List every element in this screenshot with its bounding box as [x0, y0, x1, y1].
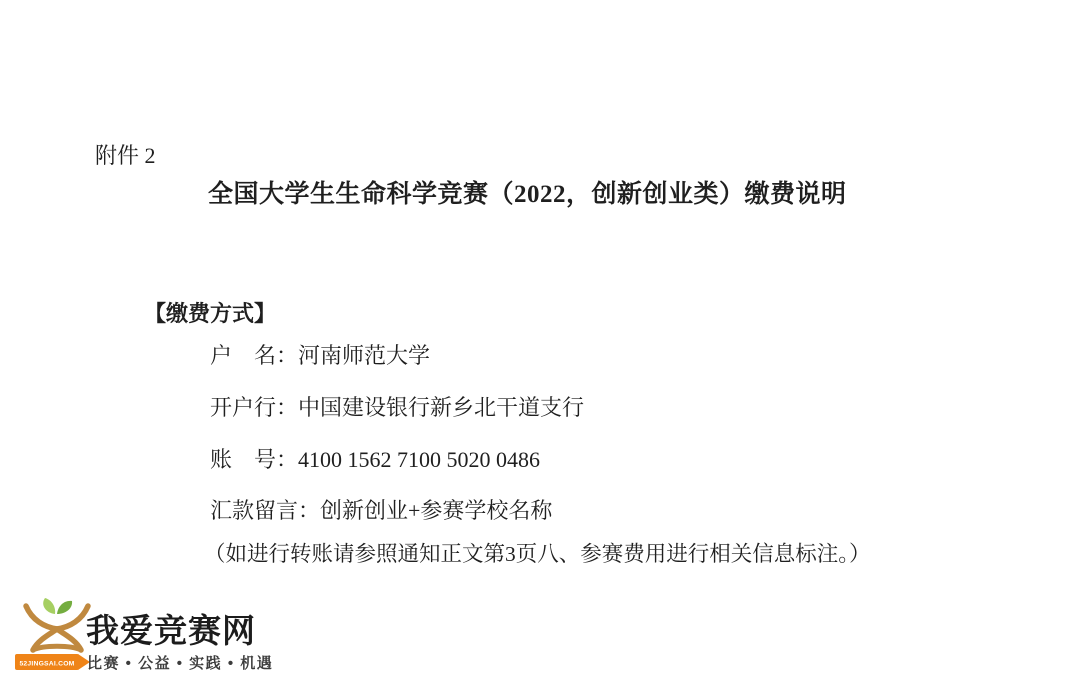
leaf-right-shape	[57, 601, 72, 614]
site-name: 我爱竞赛网	[86, 614, 256, 647]
leaf-left-shape	[43, 598, 55, 614]
account-name-value: 河南师范大学	[298, 343, 430, 368]
account-number-value: 4100 1562 7100 5020 0486	[298, 447, 540, 472]
ribbon-url-text: 52JINGSAI.COM	[19, 661, 74, 668]
attachment-label: 附件 2	[95, 143, 156, 169]
transfer-note: （如进行转账请参照通知正文第3页八、参赛费用进行相关信息标注。）	[204, 541, 871, 567]
account-number-label: 账 号：	[210, 447, 298, 472]
account-number-row: 账 号：4100 1562 7100 5020 0486	[210, 446, 540, 473]
cup-base-stroke	[33, 646, 81, 650]
site-tagline: 比赛 • 公益 • 实践 • 机遇	[87, 656, 273, 672]
document-page: 附件 2 全国大学生生命科学竞赛（2022，创新创业类）缴费说明 【缴费方式】 …	[0, 0, 1080, 684]
bank-branch-row: 开户行：中国建设银行新乡北干道支行	[210, 394, 584, 421]
account-name-row: 户 名：河南师范大学	[210, 342, 430, 369]
site-logo: 52JINGSAI.COM 我爱竞赛网 比赛 • 公益 • 实践 • 机遇	[0, 590, 300, 684]
cup-bowl-stroke	[26, 606, 88, 629]
bank-branch-label: 开户行：	[210, 395, 298, 420]
payment-method-header: 【缴费方式】	[144, 300, 276, 327]
account-name-label: 户 名：	[210, 343, 298, 368]
document-title: 全国大学生生命科学竞赛（2022，创新创业类）缴费说明	[208, 180, 847, 210]
bank-branch-value: 中国建设银行新乡北干道支行	[298, 395, 584, 420]
remittance-note-label: 汇款留言：	[210, 498, 320, 523]
remittance-note-value: 创新创业+参赛学校名称	[320, 498, 552, 523]
remittance-note-row: 汇款留言：创新创业+参赛学校名称	[210, 497, 552, 524]
